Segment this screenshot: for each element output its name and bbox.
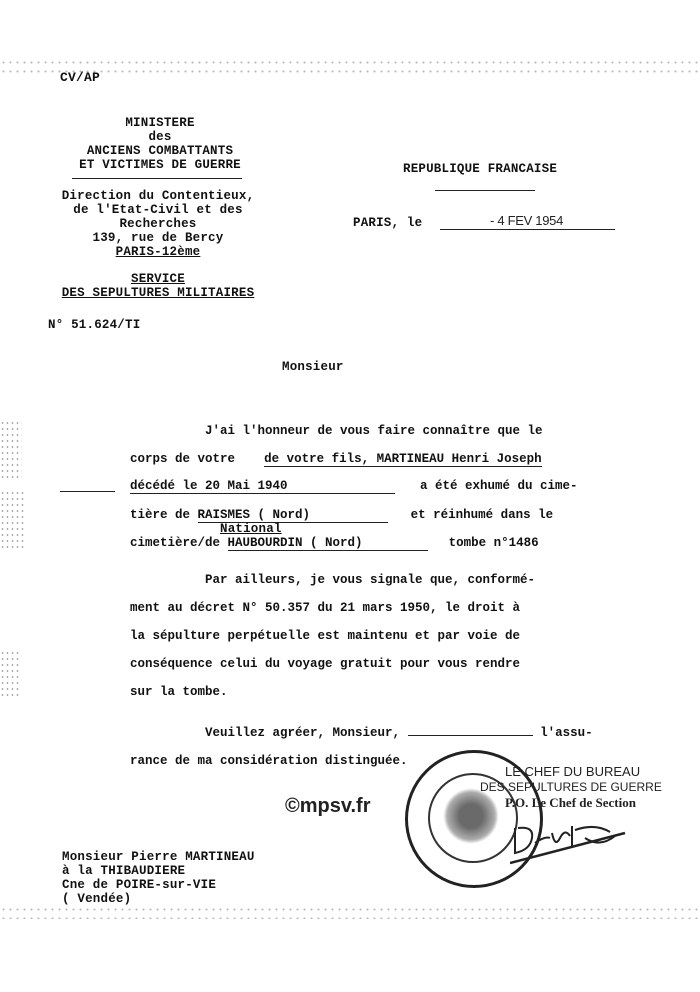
direction-line: Direction du Contentieux, (48, 189, 268, 203)
republic-underline (435, 190, 535, 191)
service-block: SERVICE DES SEPULTURES MILITAIRES (48, 272, 268, 300)
body-line: la sépulture perpétuelle est maintenu et… (130, 629, 520, 643)
body-line: conséquence celui du voyage gratuit pour… (130, 657, 520, 671)
recipient-line: Monsieur Pierre MARTINEAU (62, 850, 255, 864)
stamp-emblem-icon (443, 788, 499, 844)
place-label: PARIS, le (353, 216, 422, 230)
body-line: ment au décret N° 50.357 du 21 mars 1950… (130, 601, 520, 615)
body-text: Veuillez agréer, Monsieur, (205, 726, 400, 740)
recipient-line: Cne de POIRE-sur-VIE (62, 878, 255, 892)
letter-page: CV/AP MINISTERE des ANCIENS COMBATTANTS … (0, 0, 700, 992)
body-text: et réinhumé dans le (411, 508, 554, 522)
filled-field: de votre fils, MARTINEAU Henri Joseph (264, 452, 542, 467)
scan-noise-left-3 (0, 650, 20, 700)
service-line: DES SEPULTURES MILITAIRES (48, 286, 268, 300)
scan-noise-left-1 (0, 420, 22, 480)
filled-field: décédé le 20 Mai 1940 (130, 479, 395, 494)
body-line: décédé le 20 Mai 1940 a été exhumé du ci… (130, 479, 578, 494)
inserted-word: National (220, 522, 282, 536)
watermark: ©mpsv.fr (285, 795, 371, 818)
salutation: Monsieur (282, 360, 344, 374)
body-line: tière de RAISMES ( Nord) et réinhumé dan… (130, 508, 553, 523)
ministry-line: ANCIENS COMBATTANTS (55, 144, 265, 158)
margin-dash (60, 491, 115, 492)
body-line: sur la tombe. (130, 685, 228, 699)
republic-heading: REPUBLIQUE FRANCAISE (403, 162, 557, 176)
body-line: corps de votre de votre fils, MARTINEAU … (130, 452, 542, 467)
handwritten-signature (510, 808, 630, 868)
direction-line: Recherches (48, 217, 268, 231)
filled-field: HAUBOURDIN ( Nord) (228, 536, 428, 551)
date-stamp: - 4 FEV 1954 (490, 213, 563, 228)
body-text: a été exhumé du cime- (420, 479, 578, 493)
scan-noise-left-2 (0, 490, 25, 550)
body-line: Par ailleurs, je vous signale que, confo… (205, 573, 535, 587)
scan-noise-bottom (0, 905, 700, 919)
filled-field: RAISMES ( Nord) (198, 508, 388, 523)
direction-line: 139, rue de Bercy (48, 231, 268, 245)
body-text: l'assu- (540, 726, 593, 740)
body-text: tière de (130, 508, 190, 522)
body-text: corps de votre (130, 452, 235, 466)
body-line: J'ai l'honneur de vous faire connaître q… (205, 424, 543, 438)
closing-line: Veuillez agréer, Monsieur, l'assu- (205, 726, 593, 740)
body-text: tombe n°1486 (449, 536, 539, 550)
signature-title-1: LE CHEF DU BUREAU (505, 764, 640, 779)
closing-line: rance de ma considération distinguée. (130, 754, 408, 768)
reference-initials: CV/AP (60, 70, 100, 85)
ministry-line: ET VICTIMES DE GUERRE (55, 158, 265, 172)
ministry-underline (72, 178, 242, 179)
ministry-heading: MINISTERE des ANCIENS COMBATTANTS ET VIC… (55, 116, 265, 172)
direction-line: PARIS-12ème (48, 245, 268, 259)
direction-line: de l'Etat-Civil et des (48, 203, 268, 217)
recipient-line: à la THIBAUDIERE (62, 864, 255, 878)
body-line: cimetière/de HAUBOURDIN ( Nord) tombe n°… (130, 536, 539, 551)
date-line (440, 229, 615, 230)
recipient-line: ( Vendée) (62, 892, 255, 906)
service-line: SERVICE (48, 272, 268, 286)
direction-block: Direction du Contentieux, de l'Etat-Civi… (48, 189, 268, 259)
scan-noise-top (0, 58, 700, 78)
file-number: N° 51.624/TI (48, 318, 140, 332)
recipient-address: Monsieur Pierre MARTINEAU à la THIBAUDIE… (62, 850, 255, 906)
ministry-line: des (55, 130, 265, 144)
ministry-line: MINISTERE (55, 116, 265, 130)
signature-title-2: DES SEPULTURES DE GUERRE (480, 780, 662, 794)
body-text: cimetière/de (130, 536, 220, 550)
